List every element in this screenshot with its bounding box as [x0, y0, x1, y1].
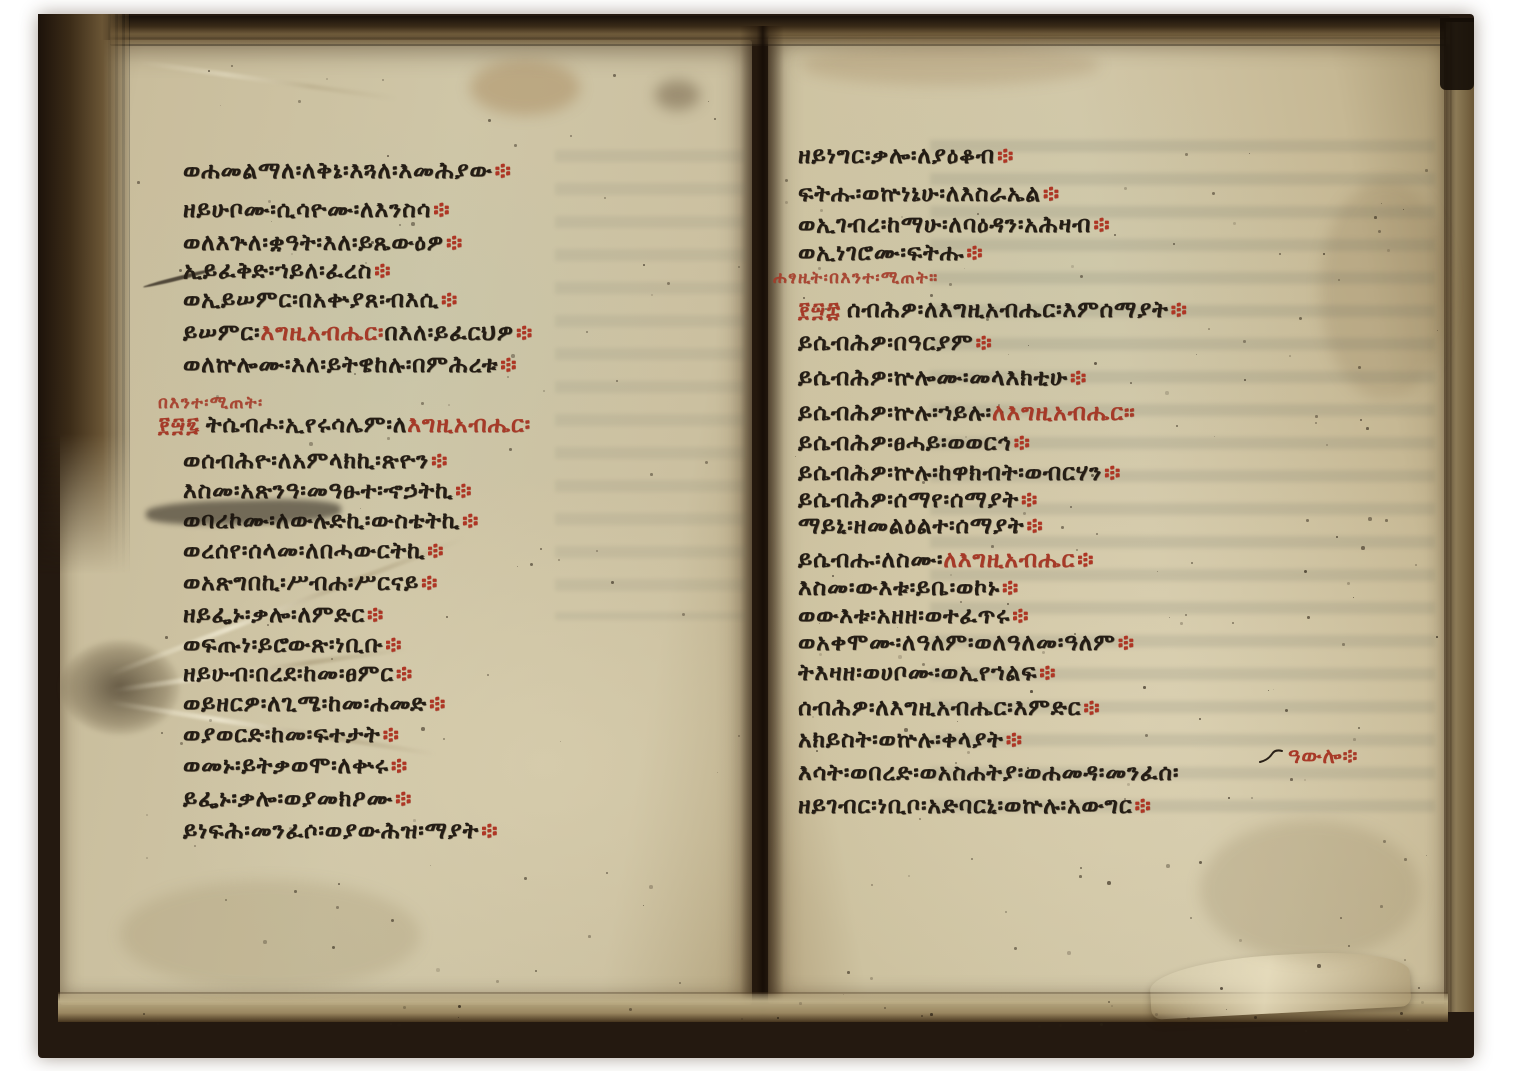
section-cross-mark: ፨ [429, 448, 448, 474]
text-line: ዘይፌኑ፡ቃሎ፡ለምድር፨ [183, 602, 384, 628]
section-cross-mark: ፨ [1091, 212, 1110, 238]
text-line: ወለእጕለ፡ቋዓት፡እለ፡ይጼውዕዎ፨ [183, 230, 463, 256]
red-ink-text: እግዚአብሔር፡ [260, 320, 384, 346]
section-cross-mark: ፨ [1081, 695, 1100, 721]
text-line: ዘይሁቦሙ፡ሲሳዮሙ፡ለእንስሳ፨ [183, 197, 450, 223]
text-line: ይሴብሕዎ፡በዓርያም፨ [798, 330, 993, 356]
text-line: ወያወርድ፡ከመ፡ፍተታት፨ [183, 722, 400, 748]
text-line: ይሴብሕዎ፡ኵሉ፡ኀይሉ፡ለእግዚአብሔር። [798, 400, 1136, 426]
black-ink-text: ወኢነገሮሙ፡ፍትሑ [798, 240, 964, 266]
black-ink-text: እሳት፡ወበረድ፡ወአስሐትያ፡ወሐመዳ፡መንፈሰ፡ [798, 760, 1179, 786]
text-line: ወውእቱ፡አዘዘ፡ወተፈጥሩ፨ [798, 603, 1029, 629]
black-ink-text: ወለኵሎሙ፡እለ፡ይትዌከሉ፡በምሕረቱ [183, 352, 498, 378]
black-ink-text: በእለ፡ይፈርህዎ [384, 320, 514, 346]
section-cross-mark: ፨ [514, 320, 533, 346]
text-line: ዘይገብር፡ነቢቦ፡አድባርኒ፡ወኵሉ፡አውግር፨ [798, 793, 1152, 819]
section-cross-mark: ፨ [498, 352, 517, 378]
red-ink-text: በእንተ፡ሚጠት፡ [158, 393, 264, 413]
black-ink-text: ወሐመልማለ፡ለቅኔ፡እጓለ፡እመሕያው [183, 158, 493, 184]
black-ink-text: ይሴብሕዎ፡ሰማየ፡ሰማያት [798, 487, 1019, 513]
section-cross-mark: ፨ [1000, 575, 1019, 601]
text-line: ይሴብሕዎ፡ፀሓይ፡ወወርኅ፨ [798, 430, 1031, 456]
section-cross-mark: ፨ [1037, 660, 1056, 686]
black-ink-text: ዘይነግር፡ቃሎ፡ለያዕቆብ [798, 143, 995, 169]
section-cross-mark: ፨ [394, 661, 413, 687]
section-cross-mark: ፨ [444, 230, 463, 256]
section-cross-mark: ፨ [431, 197, 450, 223]
black-ink-text: ይነፍሕ፡መንፈሶ፡ወያውሕዝ፡ማያት [183, 818, 479, 844]
section-cross-mark: ፨ [365, 602, 384, 628]
manuscript-photo: ወሐመልማለ፡ለቅኔ፡እጓለ፡እመሕያው፨ዘይሁቦሙ፡ሲሳዮሙ፡ለእንስሳ፨ወለ… [0, 0, 1515, 1071]
black-ink-text: ይፌኑ፡ቃሎ፡ወያመክዖሙ [183, 786, 393, 812]
section-cross-mark: ፨ [453, 478, 472, 504]
section-cross-mark: ፨ [381, 722, 400, 748]
margin-note-text: ዓውሎ፨ [1288, 744, 1358, 768]
text-line: እስመ፡ውእቱ፡ይቤ፡ወኮኑ፨ [798, 575, 1019, 601]
text-line: ይሴብሑ፡ለስሙ፡ለእግዚአብሔር፨ [798, 547, 1094, 573]
black-ink-text: ዘይሁብ፡በረደ፡ከመ፡ፀምር [183, 661, 394, 687]
black-ink-text: ይሠምር፡ [183, 320, 260, 346]
margin-note: ዓውሎ፨ [1258, 744, 1358, 769]
section-cross-mark: ፨ [493, 158, 512, 184]
text-line: ዘይነግር፡ቃሎ፡ለያዕቆብ፨ [798, 143, 1014, 169]
text-line: ወአቀሞሙ፡ለዓለም፡ወለዓለመ፡ዓለም፨ [798, 630, 1135, 656]
text-line: ይነፍሕ፡መንፈሶ፡ወያውሕዝ፡ማያት፨ [183, 818, 498, 844]
section-cross-mark: ፨ [427, 691, 446, 717]
section-cross-mark: ፨ [964, 240, 983, 266]
black-ink-text: አክይስት፡ወኵሉ፡ቀላያት [798, 727, 1004, 753]
insertion-caret-mark [1258, 748, 1284, 766]
manuscript-text-layer: ወሐመልማለ፡ለቅኔ፡እጓለ፡እመሕያው፨ዘይሁቦሙ፡ሲሳዮሙ፡ለእንስሳ፨ወለ… [0, 0, 1515, 1071]
text-line: ይሴብሕዎ፡ኵሉ፡ከዋክብት፡ወብርሃን፨ [798, 460, 1121, 486]
black-ink-text: ትእዛዘ፡ወሀቦሙ፡ወኢየኀልፍ [798, 660, 1037, 686]
text-line: ወኢገብረ፡ከማሁ፡ለባዕዳን፡አሕዛብ፨ [798, 212, 1111, 238]
black-ink-text: ወአጽግበኪ፡ሥብሐ፡ሥርናይ [183, 570, 419, 596]
red-ink-text: እግዚአብሔር፡ [407, 412, 531, 438]
red-ink-text: ሐፃዚት፡በእንተ፡ሚጠት። [773, 268, 939, 288]
text-line: ፻፵፰ሰብሕዎ፡ለእግዚአብሔር፡እምሰማያት፨ [798, 297, 1188, 323]
black-ink-text: ዘይፌኑ፡ቃሎ፡ለምድር [183, 602, 365, 628]
text-line: ወኢነገሮሙ፡ፍትሑ፨ [798, 240, 984, 266]
text-line: ወሐመልማለ፡ለቅኔ፡እጓለ፡እመሕያው፨ [183, 158, 512, 184]
section-cross-mark: ፨ [425, 538, 444, 564]
black-ink-text: ማይኒ፡ዘመልዕልተ፡ሰማያት [798, 513, 1024, 539]
text-line: ትእዛዘ፡ወሀቦሙ፡ወኢየኀልፍ፨ [798, 660, 1056, 686]
black-ink-text: ወኢይሠምር፡በአቍያጸ፡ብእሲ [183, 287, 439, 313]
text-line: አክይስት፡ወኵሉ፡ቀላያት፨ [798, 727, 1023, 753]
text-line: ይሠምር፡እግዚአብሔር፡በእለ፡ይፈርህዎ፨ [183, 320, 533, 346]
black-ink-text: ወአቀሞሙ፡ለዓለም፡ወለዓለመ፡ዓለም [798, 630, 1116, 656]
black-ink-text: ሰብሕዎ፡ለእግዚአብሔር፡እምሰማያት [847, 297, 1169, 323]
section-cross-mark: ፨ [1019, 487, 1038, 513]
text-line: ይሴብሕዎ፡ኵሎሙ፡መላእክቲሁ፨ [798, 365, 1087, 391]
black-ink-text: ዘይሁቦሙ፡ሲሳዮሙ፡ለእንስሳ [183, 197, 431, 223]
section-cross-mark: ፨ [1102, 460, 1121, 486]
black-ink-text: ዘይገብር፡ነቢቦ፡አድባርኒ፡ወኵሉ፡አውግር [798, 793, 1133, 819]
section-cross-mark: ፨ [1012, 430, 1031, 456]
black-ink-text: ወሰብሕዮ፡ለአምላክኪ፡ጽዮን [183, 448, 429, 474]
section-cross-mark: ፨ [1010, 603, 1029, 629]
section-cross-mark: ፨ [995, 143, 1014, 169]
text-line: ዘይሁብ፡በረደ፡ከመ፡ፀምር፨ [183, 661, 413, 687]
red-ink-text: ለእግዚአብሔር [943, 547, 1075, 573]
text-line: ወፍጡነ፡ይሮውጽ፡ነቢቡ፨ [183, 632, 402, 658]
section-cross-mark: ፨ [973, 330, 992, 356]
text-line: ይሴብሕዎ፡ሰማየ፡ሰማያት፨ [798, 487, 1038, 513]
black-ink-text: ሰብሕዎ፡ለእግዚአብሔር፡እምድር [798, 695, 1081, 721]
section-cross-mark: ፨ [1004, 727, 1023, 753]
section-cross-mark: ፨ [1024, 513, 1043, 539]
section-cross-mark: ፨ [479, 818, 498, 844]
section-cross-mark: ፨ [439, 287, 458, 313]
text-line: ኢይፈቅድ፡ኀይለ፡ፈረስ፨ [183, 258, 391, 284]
text-line: ወአጽግበኪ፡ሥብሐ፡ሥርናይ፨ [183, 570, 438, 596]
black-ink-text: ወውእቱ፡አዘዘ፡ወተፈጥሩ [798, 603, 1010, 629]
black-ink-text: ይሴብሑ፡ለስሙ፡ [798, 547, 943, 573]
text-line: ወይዘርዎ፡ለጊሜ፡ከመ፡ሐመድ፨ [183, 691, 446, 717]
black-ink-text: ይሴብሕዎ፡ኵሉ፡ኀይሉ፡ [798, 400, 992, 426]
black-ink-text: ይሴብሕዎ፡ኵሉ፡ከዋክብት፡ወብርሃን [798, 460, 1102, 486]
psalm-number: ፻፵፯ [158, 413, 206, 437]
black-ink-text: ወረሰየ፡ሰላመ፡ለበሓውርትኪ [183, 538, 425, 564]
black-ink-text: ይሴብሕዎ፡በዓርያም [798, 330, 973, 356]
text-line: ፍትሑ፡ወኵነኔሁ፡ለእስራኤል፨ [798, 181, 1060, 207]
black-ink-text: ይሴብሕዎ፡ኵሎሙ፡መላእክቲሁ [798, 365, 1068, 391]
black-ink-text: ኢይፈቅድ፡ኀይለ፡ፈረስ [183, 258, 372, 284]
black-ink-text: ወመኑ፡ይትቃወሞ፡ለቍሩ [183, 753, 389, 779]
section-cross-mark: ፨ [389, 753, 408, 779]
text-line: እሳት፡ወበረድ፡ወአስሐትያ፡ወሐመዳ፡መንፈሰ፡ [798, 760, 1179, 786]
section-cross-mark: ፨ [1169, 297, 1188, 323]
text-line: ይፌኑ፡ቃሎ፡ወያመክዖሙ፨ [183, 786, 412, 812]
black-ink-text: ወለእጕለ፡ቋዓት፡እለ፡ይጼውዕዎ [183, 230, 444, 256]
black-ink-text: ወይዘርዎ፡ለጊሜ፡ከመ፡ሐመድ [183, 691, 427, 717]
text-line: ፻፵፯ትሴብሖ፡ኢየሩሳሌም፡ለእግዚአብሔር፡ [158, 412, 531, 438]
section-cross-mark: ፨ [460, 508, 479, 534]
text-line: ማይኒ፡ዘመልዕልተ፡ሰማያት፨ [798, 513, 1044, 539]
black-ink-text: ወፍጡነ፡ይሮውጽ፡ነቢቡ [183, 632, 383, 658]
psalm-number: ፻፵፰ [798, 298, 847, 322]
section-cross-mark: ፨ [1068, 365, 1087, 391]
section-cross-mark: ፨ [1133, 793, 1152, 819]
text-line: ወለኵሎሙ፡እለ፡ይትዌከሉ፡በምሕረቱ፨ [183, 352, 517, 378]
rubric-line: ሐፃዚት፡በእንተ፡ሚጠት። [773, 265, 939, 291]
section-cross-mark: ፨ [372, 258, 391, 284]
text-line: ወረሰየ፡ሰላመ፡ለበሓውርትኪ፨ [183, 538, 444, 564]
red-ink-text: ለእግዚአብሔር። [992, 400, 1136, 426]
black-ink-text: እስመ፡ውእቱ፡ይቤ፡ወኮኑ [798, 575, 1000, 601]
text-line: ሰብሕዎ፡ለእግዚአብሔር፡እምድር፨ [798, 695, 1101, 721]
black-ink-text: ፍትሑ፡ወኵነኔሁ፡ለእስራኤል [798, 181, 1041, 207]
section-cross-mark: ፨ [383, 632, 402, 658]
text-line: ወኢይሠምር፡በአቍያጸ፡ብእሲ፨ [183, 287, 458, 313]
black-ink-text: ይሴብሕዎ፡ፀሓይ፡ወወርኅ [798, 430, 1012, 456]
text-line: ወመኑ፡ይትቃወሞ፡ለቍሩ፨ [183, 753, 408, 779]
section-cross-mark: ፨ [419, 570, 438, 596]
section-cross-mark: ፨ [1116, 630, 1135, 656]
section-cross-mark: ፨ [1041, 181, 1060, 207]
section-cross-mark: ፨ [1075, 547, 1094, 573]
black-ink-text: ወያወርድ፡ከመ፡ፍተታት [183, 722, 381, 748]
section-cross-mark: ፨ [393, 786, 412, 812]
text-line: ወሰብሕዮ፡ለአምላክኪ፡ጽዮን፨ [183, 448, 448, 474]
black-ink-text: ወኢገብረ፡ከማሁ፡ለባዕዳን፡አሕዛብ [798, 212, 1091, 238]
black-ink-text: ትሴብሖ፡ኢየሩሳሌም፡ለ [206, 412, 407, 438]
